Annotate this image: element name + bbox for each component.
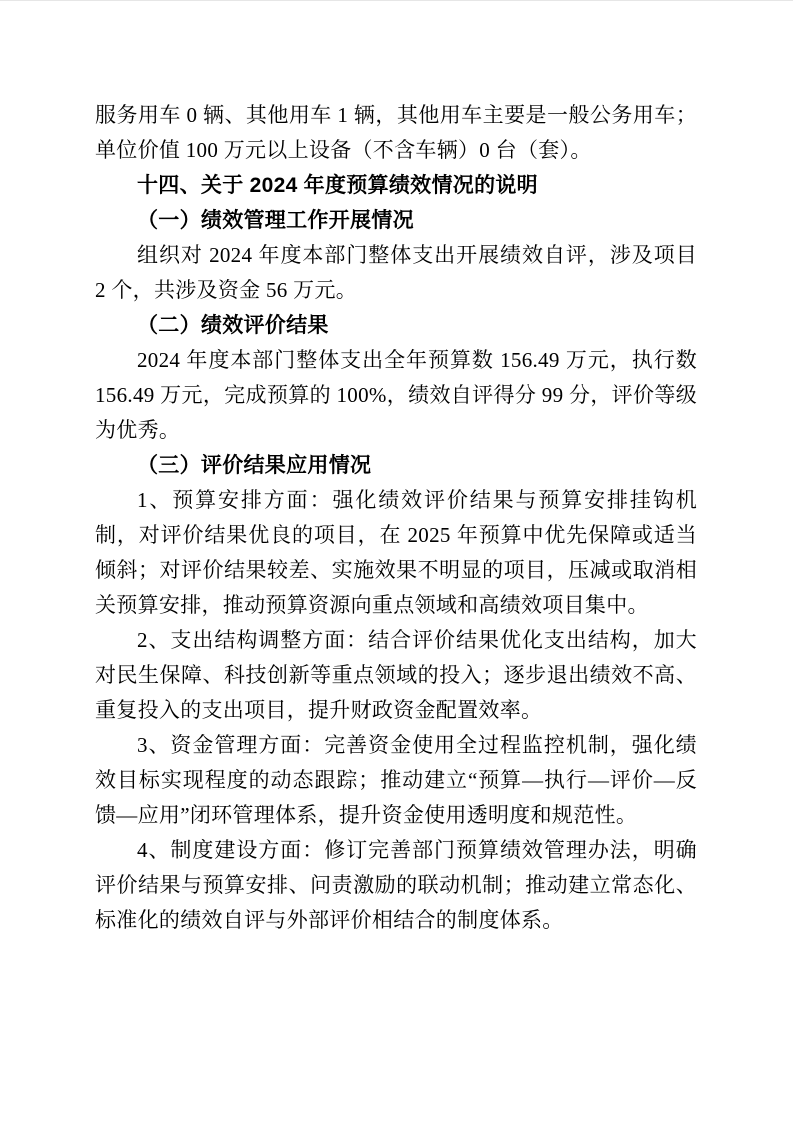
paragraph-budget-execution: 2024 年度本部门整体支出全年预算数 156.49 万元，执行数 156.49…	[95, 343, 697, 448]
document-page: 服务用车 0 辆、其他用车 1 辆，其他用车主要是一般公务用车；单位价值 100…	[0, 0, 793, 1122]
subsection-heading-evaluation-results: （二）绩效评价结果	[95, 308, 697, 343]
subsection-heading-results-application: （三）评价结果应用情况	[95, 448, 697, 483]
paragraph-system-construction: 4、制度建设方面：修订完善部门预算绩效管理办法，明确评价结果与预算安排、问责激励…	[95, 833, 697, 938]
paragraph-budget-arrangement: 1、预算安排方面：强化绩效评价结果与预算安排挂钩机制，对评价结果优良的项目，在 …	[95, 483, 697, 623]
paragraph-vehicles-equipment: 服务用车 0 辆、其他用车 1 辆，其他用车主要是一般公务用车；单位价值 100…	[95, 98, 697, 168]
subsection-heading-performance-management: （一）绩效管理工作开展情况	[95, 203, 697, 238]
paragraph-expenditure-structure: 2、支出结构调整方面：结合评价结果优化支出结构，加大对民生保障、科技创新等重点领…	[95, 623, 697, 728]
paragraph-self-evaluation: 组织对 2024 年度本部门整体支出开展绩效自评，涉及项目 2 个，共涉及资金 …	[95, 238, 697, 308]
paragraph-fund-management: 3、资金管理方面：完善资金使用全过程监控机制，强化绩效目标实现程度的动态跟踪；推…	[95, 728, 697, 833]
section-heading-fourteen: 十四、关于 2024 年度预算绩效情况的说明	[95, 168, 697, 203]
